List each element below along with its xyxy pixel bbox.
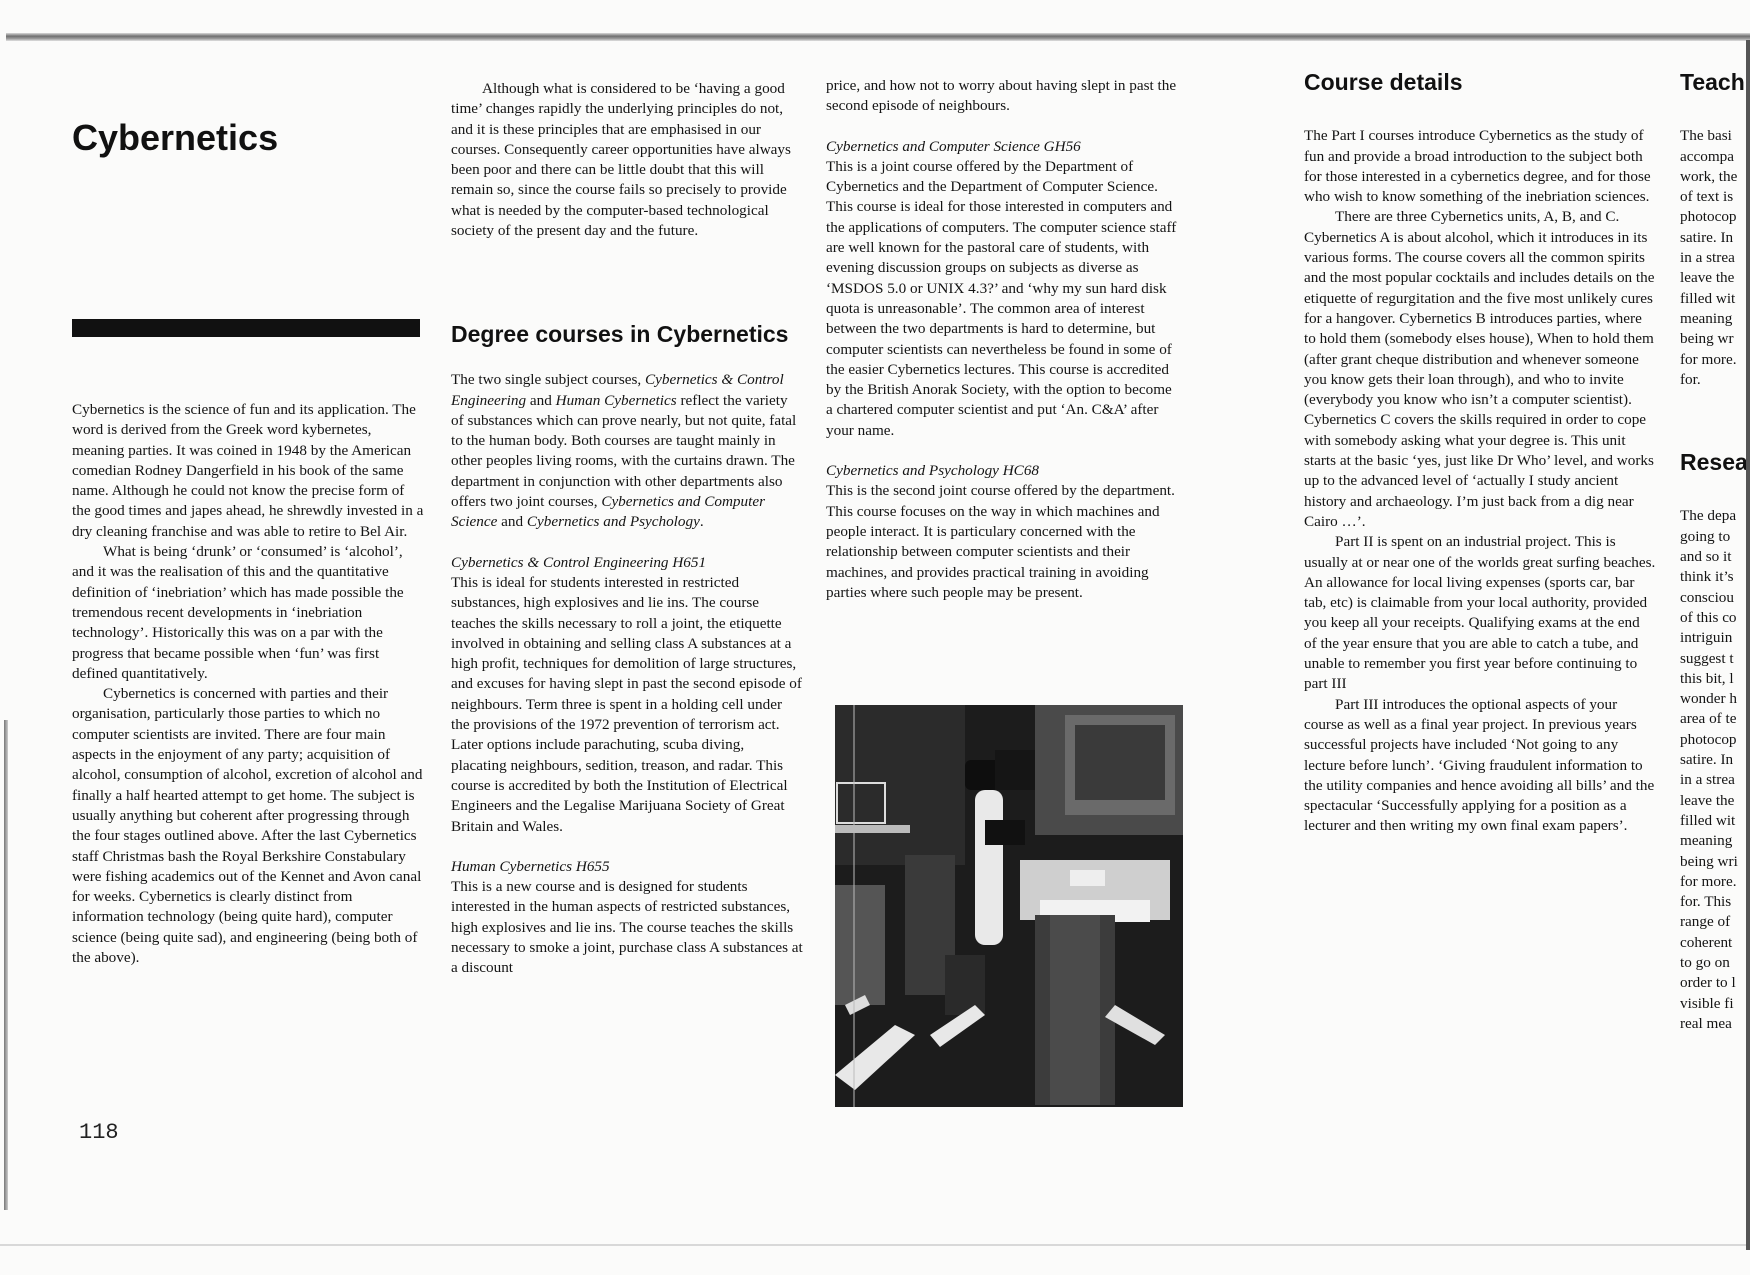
page-number: 118 bbox=[79, 1120, 119, 1145]
text-line: satire. In bbox=[1680, 750, 1746, 770]
teaching-lines: The basi accompa work, the of text is ph… bbox=[1680, 126, 1746, 390]
text: . bbox=[700, 513, 704, 530]
text-line: meaning bbox=[1680, 309, 1746, 329]
research-lines: The depa going to and so it think it’s c… bbox=[1680, 506, 1746, 1034]
text-line: wonder h bbox=[1680, 689, 1746, 709]
text-line: think it’s bbox=[1680, 567, 1746, 587]
text-line: to go on bbox=[1680, 953, 1746, 973]
text-line: for more. bbox=[1680, 872, 1746, 892]
section-heading-course-details: Course details bbox=[1304, 72, 1656, 92]
text-line: and so it bbox=[1680, 547, 1746, 567]
paragraph: Cybernetics is concerned with parties an… bbox=[72, 684, 424, 968]
column-teaching-research-clipped: Teach The basi accompa work, the of text… bbox=[1680, 72, 1746, 1092]
column-intro: Cybernetics is the science of fun and it… bbox=[72, 400, 424, 968]
course-title-h655: Human Cybernetics H655 bbox=[451, 857, 803, 877]
text-line: area of te bbox=[1680, 709, 1746, 729]
text: and bbox=[526, 392, 556, 409]
text-line: being wr bbox=[1680, 329, 1746, 349]
text: and bbox=[497, 513, 527, 530]
course-body-gh56: This is a joint course offered by the De… bbox=[826, 157, 1178, 441]
paragraph: Part II is spent on an industrial projec… bbox=[1304, 532, 1656, 694]
text-line: visible fi bbox=[1680, 994, 1746, 1014]
course-body-h655: This is a new course and is designed for… bbox=[451, 877, 803, 978]
text-line: of this co bbox=[1680, 608, 1746, 628]
course-name-hc: Human Cybernetics bbox=[556, 392, 677, 409]
course-title-gh56: Cybernetics and Computer Science GH56 bbox=[826, 137, 1178, 157]
text-line: filled wit bbox=[1680, 811, 1746, 831]
text-line: The depa bbox=[1680, 506, 1746, 526]
text-line: filled wit bbox=[1680, 289, 1746, 309]
paragraph: What is being ‘drunk’ or ‘consumed’ is ‘… bbox=[72, 542, 424, 684]
text-line: being wri bbox=[1680, 852, 1746, 872]
text-line: coherent bbox=[1680, 933, 1746, 953]
degree-overview-paragraph: The two single subject courses, Cybernet… bbox=[451, 370, 803, 532]
course-body-hc68: This is the second joint course offered … bbox=[826, 481, 1178, 603]
section-heading-degree-courses: Degree courses in Cybernetics bbox=[451, 324, 803, 344]
continuation-paragraph: price, and how not to worry about having… bbox=[826, 76, 1178, 117]
column-degree-courses: Although what is considered to be ‘havin… bbox=[451, 79, 803, 241]
text-line: suggest t bbox=[1680, 649, 1746, 669]
text: The two single subject courses, bbox=[451, 371, 645, 388]
robot-arm-photo bbox=[835, 705, 1183, 1107]
column-degree-courses-2: Degree courses in Cybernetics The two si… bbox=[451, 324, 803, 979]
text-line: in a strea bbox=[1680, 248, 1746, 268]
text-line: consciou bbox=[1680, 588, 1746, 608]
text-line: leave the bbox=[1680, 791, 1746, 811]
text-line: order to l bbox=[1680, 973, 1746, 993]
course-title-h651: Cybernetics & Control Engineering H651 bbox=[451, 553, 803, 573]
scan-left-edge bbox=[4, 720, 8, 1210]
text-line: leave the bbox=[1680, 268, 1746, 288]
text-line: for more. bbox=[1680, 350, 1746, 370]
section-heading-teaching: Teach bbox=[1680, 72, 1746, 92]
course-name-cp: Cybernetics and Psychology bbox=[527, 513, 700, 530]
course-body-h651: This is ideal for students interested in… bbox=[451, 573, 803, 837]
text-line: work, the bbox=[1680, 167, 1746, 187]
text-line: in a strea bbox=[1680, 770, 1746, 790]
paragraph: The Part I courses introduce Cybernetics… bbox=[1304, 126, 1656, 207]
course-title-hc68: Cybernetics and Psychology HC68 bbox=[826, 461, 1178, 481]
text-line: real mea bbox=[1680, 1014, 1746, 1034]
paragraph: Cybernetics is the science of fun and it… bbox=[72, 400, 424, 542]
text-line: The basi bbox=[1680, 126, 1746, 146]
text-line: range of bbox=[1680, 912, 1746, 932]
text-line: accompa bbox=[1680, 147, 1746, 167]
text-line: for. This bbox=[1680, 892, 1746, 912]
text-line: of text is bbox=[1680, 187, 1746, 207]
scan-bottom-rule bbox=[0, 1244, 1750, 1246]
text-line: going to bbox=[1680, 527, 1746, 547]
robot-lab-illustration bbox=[835, 705, 1183, 1107]
text-line: photocop bbox=[1680, 207, 1746, 227]
paragraph: There are three Cybernetics units, A, B,… bbox=[1304, 207, 1656, 532]
scan-right-edge bbox=[1746, 40, 1750, 1250]
scan-top-rule bbox=[6, 33, 1750, 41]
text-line: satire. In bbox=[1680, 228, 1746, 248]
paragraph: Part III introduces the optional aspects… bbox=[1304, 695, 1656, 837]
text-line: this bit, l bbox=[1680, 669, 1746, 689]
column-joint-courses: price, and how not to worry about having… bbox=[826, 76, 1178, 603]
decorative-black-bar bbox=[72, 319, 420, 337]
column-course-details: Course details The Part I courses introd… bbox=[1304, 72, 1656, 837]
text-line: intriguin bbox=[1680, 628, 1746, 648]
text-line: for. bbox=[1680, 370, 1746, 390]
intro-paragraph: Although what is considered to be ‘havin… bbox=[451, 79, 803, 241]
text-line: meaning bbox=[1680, 831, 1746, 851]
page-title: Cybernetics bbox=[72, 117, 278, 159]
text-line: photocop bbox=[1680, 730, 1746, 750]
section-heading-research: Resea bbox=[1680, 452, 1746, 472]
